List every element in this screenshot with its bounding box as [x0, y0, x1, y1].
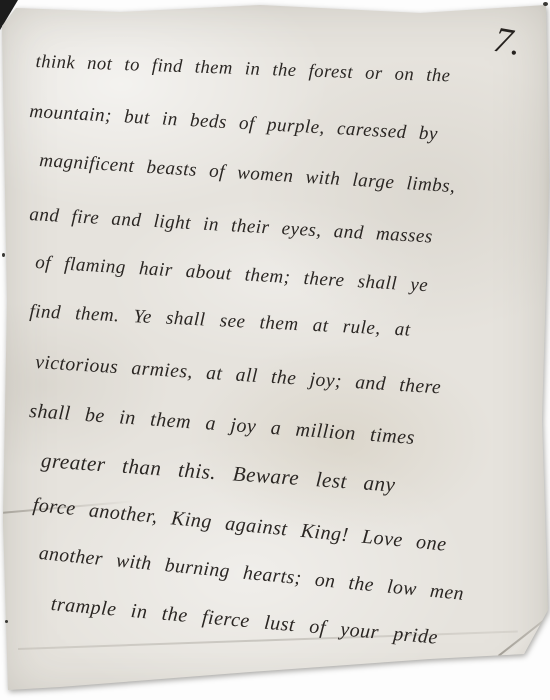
manuscript-line: victorious armies, at all the joy; and t…: [35, 352, 442, 399]
manuscript-line: of flaming hair about them; there shall …: [35, 252, 429, 297]
paper-sheet-wrapper: 7. think not to find them in the forest …: [0, 0, 550, 700]
paper-sheet: 7. think not to find them in the forest …: [0, 0, 550, 700]
manuscript-line: shall be in them a joy a million times: [28, 400, 415, 450]
manuscript-line: magnificent beasts of women with large l…: [39, 150, 456, 198]
manuscript-line: think not to find them in the forest or …: [35, 52, 450, 87]
edge-speck: [5, 620, 8, 623]
manuscript-line: greater than this. Beware lest any: [40, 448, 396, 498]
page-number: 7.: [491, 18, 525, 64]
manuscript-line: find them. Ye shall see them at rule, at: [29, 301, 411, 342]
edge-speck: [2, 253, 5, 257]
scanned-manuscript-page: 7. think not to find them in the forest …: [0, 0, 550, 700]
edge-speck: [543, 2, 548, 6]
manuscript-line: mountain; but in beds of purple, caresse…: [29, 101, 439, 146]
manuscript-line: and fire and light in their eyes, and ma…: [29, 204, 434, 249]
